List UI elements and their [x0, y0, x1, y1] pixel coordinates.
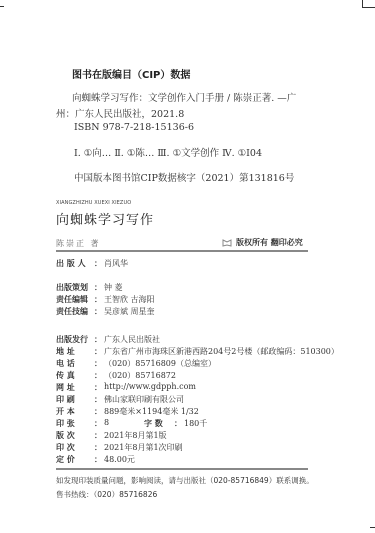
- pub-value: 2021年8月第1版: [104, 430, 167, 441]
- cip-classification: Ⅰ. ①向… Ⅱ. ①陈… Ⅲ. ①文学创作 Ⅳ. ①I04: [74, 145, 262, 159]
- credit-row: 出 版 人：肖风华: [56, 258, 128, 269]
- pub-label: 印 次: [56, 442, 94, 453]
- pub-label: 开 本: [56, 406, 94, 417]
- credit-label: 责任技编: [56, 306, 94, 317]
- pub-label: 电 话: [56, 358, 94, 369]
- credit-label: 出 版 人: [56, 258, 94, 269]
- credit-row: 责任技编：吴彦斌 周星奎: [56, 306, 155, 317]
- pub-row: 版 次：2021年8月第1版: [56, 430, 167, 441]
- cip-isbn: ISBN 978-7-218-15136-6: [74, 122, 194, 133]
- pub-row: 电 话：（020）85716809（总编室）: [56, 358, 216, 369]
- credit-label: 出版策划: [56, 282, 94, 293]
- credit-value: 吴彦斌 周星奎: [104, 306, 155, 317]
- pub-row: 印 张：8 字 数：180千: [56, 418, 207, 429]
- credit-value: 王智欣 古海阳: [104, 294, 155, 305]
- pub-label: 印 刷: [56, 394, 94, 405]
- pub-label: 地 址: [56, 346, 94, 357]
- pub-label: 版 次: [56, 430, 94, 441]
- pub-label: 传 真: [56, 370, 94, 381]
- credit-row: 出版策划：钟 菱: [56, 282, 123, 293]
- pub-row: 出版发行：广东人民出版社: [56, 334, 160, 345]
- credit-row: 责任编辑：王智欣 古海阳: [56, 294, 155, 305]
- pub-value: 8: [104, 418, 144, 429]
- cip-record-number: 中国版本图书馆CIP数据核字（2021）第131816号: [74, 170, 294, 184]
- pub-row: 印 刷：佛山家联印刷有限公司: [56, 394, 184, 405]
- sales-hotline: 售书热线：（020）85716826: [56, 489, 157, 500]
- pub-value: 2021年8月第1次印刷: [104, 442, 183, 453]
- book-logo-icon: [222, 239, 232, 247]
- pub-value: 48.00元: [104, 454, 135, 465]
- pub-value: （020）85716872: [104, 370, 176, 381]
- pub-label: 出版发行: [56, 334, 94, 345]
- copyright-text: 版权所有 翻印必究: [236, 237, 303, 248]
- divider-top: [56, 250, 308, 252]
- pub-value: 广东人民出版社: [104, 334, 160, 345]
- pub-label: 定 价: [56, 454, 94, 465]
- crop-mark-top-left: [0, 6, 4, 7]
- pub-row: 印 次：2021年8月第1次印刷: [56, 442, 183, 453]
- crop-mark-bottom-right: [370, 527, 375, 528]
- pub-row: 传 真：（020）85716872: [56, 370, 176, 381]
- cip-heading: 图书在版编目（CIP）数据: [72, 66, 190, 81]
- pub-label: 网 址: [56, 382, 94, 393]
- pub-value: （020）85716809（总编室）: [104, 358, 216, 369]
- credit-value: 肖风华: [104, 258, 128, 269]
- divider-bottom: [56, 468, 308, 470]
- pub-value: 180千: [184, 418, 207, 429]
- credit-label: 责任编辑: [56, 294, 94, 305]
- pub-row: 网 址：http://www.gdpph.com: [56, 382, 196, 393]
- cip-line-2: 州：广东人民出版社，2021.8: [56, 106, 184, 120]
- pub-row: 开 本：889毫米×1194毫米 1/32: [56, 406, 199, 417]
- copyright-notice: 版权所有 翻印必究: [222, 237, 303, 248]
- pub-value: 889毫米×1194毫米 1/32: [104, 406, 199, 417]
- crop-mark-top-right-h: [362, 7, 375, 8]
- website-link[interactable]: http://www.gdpph.com: [104, 382, 196, 393]
- book-title: 向蜘蛛学习写作: [56, 209, 154, 228]
- pub-row: 定 价：48.00元: [56, 454, 135, 465]
- pub-row: 地 址：广东省广州市海珠区新港西路204号2号楼（邮政编码：510300）: [56, 346, 339, 357]
- quality-notice: 如发现印装质量问题，影响阅读，请与出版社（020-85716849）联系调换。: [56, 475, 314, 486]
- book-author: 陈崇正 著: [56, 238, 101, 249]
- cip-line-1: 向蜘蛛学习写作：文学创作入门手册 / 陈崇正著. —广: [72, 90, 296, 104]
- pub-label: 字 数: [144, 418, 174, 429]
- pub-value: 广东省广州市海珠区新港西路204号2号楼（邮政编码：510300）: [104, 346, 339, 357]
- book-title-pinyin: XIANGZHIZHU XUEXI XIEZUO: [56, 200, 131, 206]
- credit-value: 钟 菱: [104, 282, 123, 293]
- pub-label: 印 张: [56, 418, 94, 429]
- pub-value: 佛山家联印刷有限公司: [104, 394, 184, 405]
